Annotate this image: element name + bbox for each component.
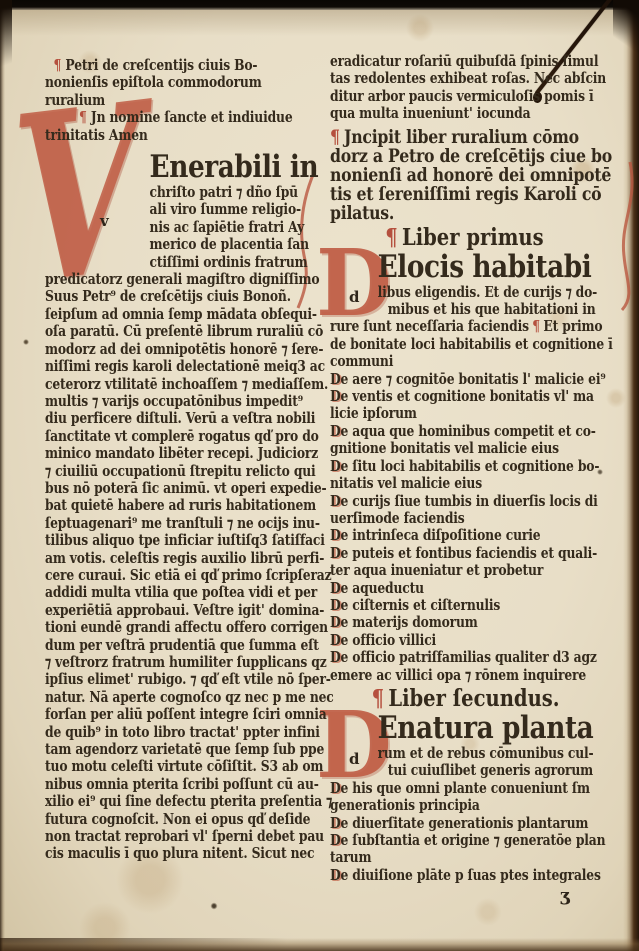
lines-beside-initial-d2: rum et de rebus cōmunibus cul-tui cuiuſl… — [330, 745, 626, 780]
pilcrow-icon: ¶ — [385, 224, 402, 251]
liber-primus-heading: ¶Liber primus — [385, 225, 626, 250]
text-line: Suus Petr⁹ de creſcētijs ciuis Bonoñ. — [45, 288, 332, 305]
pilcrow-icon: ¶ — [79, 109, 91, 126]
text-line: ⁊ veſtrorz fratrum humiliter ſupplicans … — [45, 654, 332, 671]
text-line: ter aqua inueniatur et probetur — [330, 562, 626, 579]
right-column: eradicatur roſariū quibuſdā ſpinis ſimul… — [330, 53, 626, 884]
text-line: nitatis vel malicie eius — [330, 475, 626, 492]
text-line: trinitatis Amen — [45, 127, 332, 144]
scan-edge-right-top — [613, 0, 639, 60]
quire-signature: ʒ — [560, 886, 570, 906]
text-line: De puteis et fontibus faciendis et quali… — [330, 545, 626, 562]
text-line: chriſto patri ⁊ dño ſpū — [150, 184, 333, 201]
text-line: tarum — [330, 849, 626, 866]
text-line: libus eligendis. Et de curijs ⁊ do- — [378, 284, 626, 301]
text-line: De ciſternis et ciſternulis — [330, 597, 626, 614]
text-line: De intrinſeca diſpoſitione curie — [330, 527, 626, 544]
lines-beside-initial-d1: libus eligendis. Et de curijs ⁊ do-mibus… — [330, 284, 626, 319]
text-line: De materijs domorum — [330, 614, 626, 631]
text-line: natur. Nā aperte cognoſco qz nec p me ne… — [45, 689, 332, 706]
chapter-list-liber1: de bonitate loci habitabilis et cognitio… — [330, 336, 626, 684]
text-line: cere curaui. Sic etiā ei qď primo ſcripſ… — [45, 567, 332, 584]
text-line: tas redolentes exhibeat roſas. Nec abſci… — [330, 70, 626, 87]
text-line: ſeptuagenari⁹ me tranſtuli ⁊ ne ocijs in… — [45, 515, 332, 532]
text-line: De curijs ſiue tumbis in diuerſis locis … — [330, 493, 626, 510]
text-line: nonienſis epiſtola commodorum — [45, 74, 332, 91]
text-line: tis et ſereniſſimi regis Karoli cō — [330, 185, 626, 204]
text-line: experiētiā approbaui. Veſtre igit' domin… — [45, 602, 332, 619]
scan-edge-bottom — [0, 938, 639, 951]
text-line: tilibus aliquo tpe inficiar iuſtiſq3 ſat… — [45, 532, 332, 549]
incipit-block: ¶Jncipit liber ruralium cōmo dorz a Petr… — [330, 128, 626, 223]
text-line: qua multa inueniunt' iocunda — [330, 105, 626, 122]
liber-secundus-heading: ¶Liber ſecundus. — [372, 686, 626, 711]
text-line: dorz a Petro de creſcētijs ciue bo — [330, 147, 626, 166]
text-line: nonienſi ad honorē dei omnipotē — [330, 166, 626, 185]
text-line: addidi multa vtilia que poſtea vidi et p… — [45, 584, 332, 601]
text-line: De his que omni plante conueniunt ſm — [330, 780, 626, 797]
incipit-rest: dorz a Petro de creſcētijs ciue bononien… — [330, 147, 626, 223]
text-line: gnitione bonitatis vel malicie eius — [330, 440, 626, 457]
text-line: tui cuiuſlibet generis agrorum — [388, 762, 626, 779]
text-line: De ventis et cognitione bonitatis vl' ma — [330, 388, 626, 405]
scan-edge-top — [0, 0, 639, 10]
pilcrow-icon: ¶ — [54, 57, 66, 74]
text-line: ditur arbor paucis vermiculoſis pomis ī — [330, 88, 626, 105]
text-line: ruralium — [45, 92, 332, 109]
text-line: futura cognoſcit. Non ei opus qď deſide — [45, 811, 332, 828]
text-line: tam agendorz varietatē que ſemp ſub ppe — [45, 741, 332, 758]
text-line: predicatorz generali magiſtro digniſſimo — [45, 271, 332, 288]
text-line: diu perficere diſtuli. Verū a veſtra nob… — [45, 410, 332, 427]
pilcrow-icon: ¶ — [372, 685, 389, 712]
et-primo-line: rure ſunt neceſſaria faciendis¶Et primo — [330, 318, 626, 335]
text-line: nibus omnia pterita ſcribi poſſunt cū au… — [45, 776, 332, 793]
text-line: communi — [330, 353, 626, 370]
chapter-list-liber2: De his que omni plante conueniunt ſmgene… — [330, 780, 626, 884]
text-line: licie ipſorum — [330, 405, 626, 422]
text-line: xilio ei⁹ qui ſine defectu pterita preſe… — [45, 793, 332, 810]
text-line: cis maculis ī quo plura nitent. Sicut ne… — [45, 845, 332, 862]
epistle-body: predicatorz generali magiſtro digniſſimo… — [45, 271, 332, 863]
text-line: am votis. celeſtis regis auxilio librū p… — [45, 550, 332, 567]
left-column: ¶Petri de creſcentijs ciuis Bo- nonienſi… — [45, 57, 332, 863]
text-line: De aqua que hominibus competit et co- — [330, 423, 626, 440]
text-line: ctiſſimi ordinis fratrum — [150, 254, 333, 271]
text-line: De officio villici — [330, 632, 626, 649]
text-line: niſſimi regis karoli delectationē meiq3 … — [45, 358, 332, 375]
text-line: De aere ⁊ cognitōe bonitatis l' malicie … — [330, 371, 626, 388]
invocation-line: ¶Jn nomine ſancte et indiuidue — [79, 109, 332, 126]
text-line: multis ⁊ varijs occupatōnibus impedit⁹ — [45, 393, 332, 410]
text-line: de bonitate loci habitabilis et cognitio… — [330, 336, 626, 353]
intro-lines: eradicatur roſariū quibuſdā ſpinis ſimul… — [330, 53, 626, 123]
incipit-first-line: ¶Jncipit liber ruralium cōmo — [330, 128, 626, 147]
text-line: rum et de rebus cōmunibus cul- — [378, 745, 626, 762]
text-line: eradicatur roſariū quibuſdā ſpinis ſimul — [330, 53, 626, 70]
text-line: ſeipſum ad omnia ſemp mādata obſequi- — [45, 306, 332, 323]
text-line: merico de placentia ſan — [150, 236, 333, 253]
text-line: uerſimode faciendis — [330, 510, 626, 527]
text-line: modorz ad dei omnipotētis honorē ⁊ ſere- — [45, 341, 332, 358]
text-line: De diuerſitate generationis plantarum — [330, 815, 626, 832]
text-line: minico mandato libēter recepi. Judiciorz — [45, 445, 332, 462]
text-line: ali viro ſumme religio- — [150, 201, 333, 218]
text-line: De aqueductu — [330, 580, 626, 597]
text-line: De ſitu loci habitabilis et cognitione b… — [330, 458, 626, 475]
scan-edge-left — [0, 0, 5, 951]
incunabulum-page-scan: V v D d D d ¶Petri de creſcentijs ciuis … — [0, 0, 639, 951]
text-line: de quib⁹ in toto libro tractat' ppter in… — [45, 724, 332, 741]
text-line: tioni eundē grandi affectu offero corrig… — [45, 619, 332, 636]
text-line: ſanctitate vt complerē rogatus qď pro do — [45, 428, 332, 445]
scan-edge-top-shadow — [0, 10, 639, 36]
text-line: dum per veſtrā prudentiā que ſumma eſt — [45, 637, 332, 654]
de-locis-heading: Elocis habitabi — [378, 250, 626, 284]
text-line: emere ac villici opa ⁊ rōnem inquirere — [330, 667, 626, 684]
text-line: ⁊ ciuiliū occupationū ſtrepitu relicto q… — [45, 463, 332, 480]
text-line: tuo motu celeſti virtute cōſiſtit. S3 ab… — [45, 758, 332, 775]
pilcrow-icon: ¶ — [529, 318, 543, 335]
text-line: De diuiſione plāte p ſuas ptes integrale… — [330, 867, 626, 884]
text-line: pilatus. — [330, 204, 626, 223]
text-line: nis ac ſapiētie fratri Ay — [150, 219, 333, 236]
text-line: ceterorz vtilitatē inchoaſſem ⁊ mediaſſe… — [45, 376, 332, 393]
pilcrow-icon: ¶ — [330, 127, 344, 148]
lines-beside-initial: chriſto patri ⁊ dño ſpūali viro ſumme re… — [45, 184, 332, 271]
de-natura-heading: Enatura planta — [378, 711, 626, 745]
text-line: De ſubſtantia et origine ⁊ generatōe pla… — [330, 832, 626, 849]
text-line: bus nō poterā ſic animū. vt operi expedi… — [45, 480, 332, 497]
text-line: ipſius elimet' rubigo. ⁊ qď eſt vtile nō… — [45, 671, 332, 688]
dedication-heading: Enerabili in — [150, 150, 333, 184]
text-line: generationis principia — [330, 797, 626, 814]
text-line: De officio patriſfamilias qualiter d3 ag… — [330, 649, 626, 666]
text-line: forſan per aliū poſſent integre ſciri om… — [45, 706, 332, 723]
text-line: mibus et his que habitationi in — [388, 301, 626, 318]
text-line: oſa paratū. Cū preſentē librum ruraliū c… — [45, 323, 332, 340]
text-line: bat quietē habere ad ruris habitationem — [45, 497, 332, 514]
text-line: non tractat reprobari vl' ſperni debet p… — [45, 828, 332, 845]
epistle-title-line: ¶Petri de creſcentijs ciuis Bo- — [45, 57, 332, 74]
